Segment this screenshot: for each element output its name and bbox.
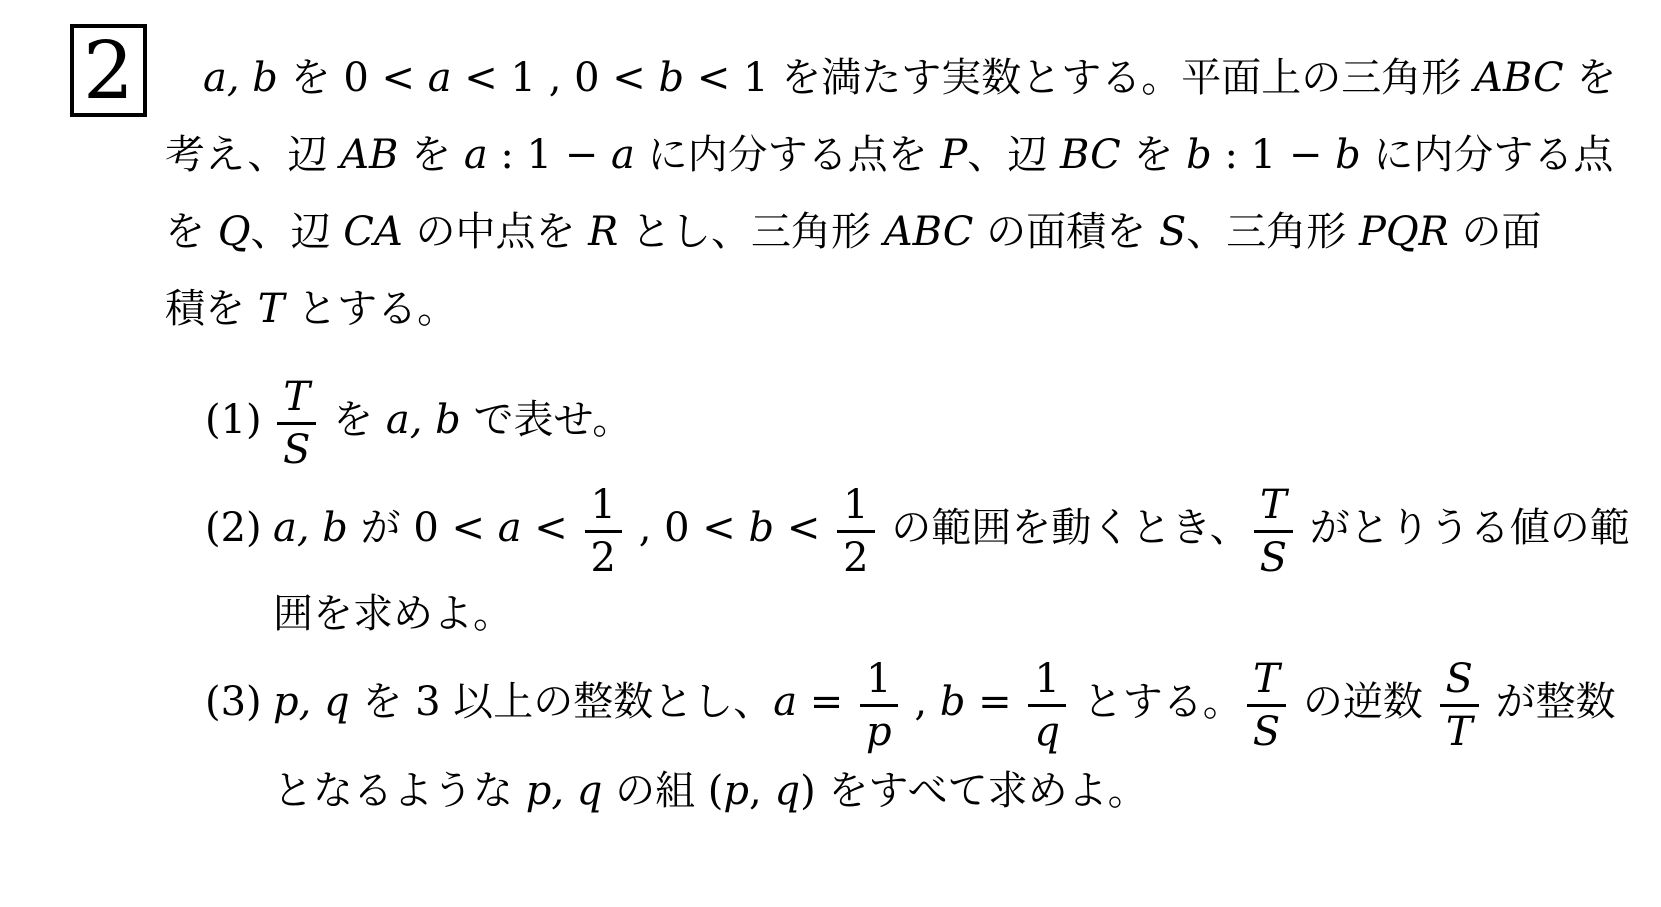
text-run: を: [1121, 132, 1186, 178]
math-problem-page: 2 a, b を 0 < a < 1 , 0 < b < 1 を満たす実数とする…: [0, 0, 1661, 907]
text-run: =: [965, 679, 1024, 725]
math-run: ABC: [1474, 55, 1564, 101]
item-2-content: a, b が 0 < a < 12 , 0 < b < 12 の範囲を動くとき、…: [273, 505, 1630, 551]
fraction-denominator: 2: [837, 530, 874, 579]
problem-item-1: (1)TS を a, b で表せ。: [205, 368, 1535, 472]
problem-number: 2: [83, 31, 134, 111]
math-run: b: [940, 679, 966, 725]
math-run: b: [1186, 132, 1212, 178]
text-run: ) をすべて求めよ。: [800, 768, 1148, 814]
math-run: Q: [218, 209, 251, 255]
fraction: TS: [277, 376, 316, 471]
math-run: a: [464, 132, 488, 178]
fraction: 12: [837, 484, 874, 579]
text-run: とする。: [1070, 679, 1243, 725]
math-run: a: [611, 132, 635, 178]
item-3-label: (3): [205, 644, 273, 760]
item-3-line-2: となるような p, q の組 (p, q) をすべて求めよ。: [205, 760, 1535, 822]
math-run: a, b: [203, 55, 278, 101]
math-run: a, b: [273, 505, 348, 551]
math-run: a, b: [386, 397, 461, 443]
math-run: p, q: [526, 768, 603, 814]
text-run: 、辺: [967, 132, 1060, 178]
math-run: P: [940, 132, 967, 178]
text-run: に内分する点を: [635, 132, 940, 178]
math-run: a: [498, 505, 522, 551]
math-run: AB: [340, 132, 398, 178]
problem-items: (1)TS を a, b で表せ。 (2)a, b が 0 < a < 12 ,…: [205, 368, 1535, 822]
fraction-denominator: q: [1028, 704, 1066, 753]
math-run: S: [1159, 209, 1186, 255]
text-run: , 0 <: [626, 505, 749, 551]
fraction-numerator: 1: [837, 484, 874, 526]
text-run: ,: [749, 768, 774, 814]
text-run: に内分する点: [1361, 132, 1614, 178]
fraction-numerator: 1: [585, 484, 622, 526]
item-3-content: p, q を 3 以上の整数とし、a = 1p , b = 1q とする。TS …: [273, 679, 1616, 725]
text-run: <: [522, 505, 581, 551]
math-run: ABC: [884, 209, 974, 255]
text-run: の面: [1449, 209, 1542, 255]
math-run: b: [659, 55, 685, 101]
fraction-denominator: S: [1254, 530, 1293, 579]
fraction-numerator: 1: [1028, 658, 1066, 700]
text-run: ,: [902, 679, 940, 725]
statement-line-1: a, b を 0 < a < 1 , 0 < b < 1 を満たす実数とする。平…: [165, 40, 1505, 117]
fraction: 1q: [1028, 658, 1066, 753]
item-3-line-1: (3)p, q を 3 以上の整数とし、a = 1p , b = 1q とする。…: [205, 644, 1535, 760]
math-run: b: [749, 505, 775, 551]
text-run: =: [797, 679, 856, 725]
fraction-denominator: p: [860, 704, 898, 753]
fraction-numerator: S: [1440, 658, 1479, 700]
math-run: a: [428, 55, 452, 101]
math-run: a: [773, 679, 797, 725]
fraction-denominator: S: [1247, 704, 1286, 753]
problem-number-box: 2: [70, 24, 147, 117]
text-run: 積を: [165, 286, 258, 332]
math-run: R: [588, 209, 618, 255]
problem-item-3: (3)p, q を 3 以上の整数とし、a = 1p , b = 1q とする。…: [205, 644, 1535, 822]
text-run: : 1 −: [1212, 132, 1335, 178]
text-run: の中点を: [403, 209, 588, 255]
fraction-numerator: T: [1254, 484, 1293, 526]
text-run: : 1 −: [488, 132, 611, 178]
text-run: を: [398, 132, 463, 178]
text-run: の組 (: [602, 768, 723, 814]
problem-item-2: (2)a, b が 0 < a < 12 , 0 < b < 12 の範囲を動く…: [205, 472, 1535, 644]
text-run: が 0 <: [348, 505, 498, 551]
math-run: PQR: [1359, 209, 1449, 255]
statement-line-3: を Q、辺 CA の中点を R とし、三角形 ABC の面積を S、三角形 PQ…: [165, 194, 1505, 271]
text-run: の逆数: [1290, 679, 1435, 725]
math-run: T: [258, 286, 285, 332]
item-1-content: TS を a, b で表せ。: [273, 397, 632, 443]
fraction-denominator: S: [277, 422, 316, 471]
text-run: を: [165, 209, 218, 255]
item-2-line-1: (2)a, b が 0 < a < 12 , 0 < b < 12 の範囲を動く…: [205, 472, 1535, 584]
fraction: ST: [1440, 658, 1479, 753]
text-run: < 1 , 0 <: [452, 55, 659, 101]
item-1-label: (1): [205, 368, 273, 472]
text-run: で表せ。: [461, 397, 633, 443]
fraction-denominator: 2: [585, 530, 622, 579]
math-run: CA: [343, 209, 403, 255]
text-run: とし、三角形: [618, 209, 883, 255]
text-run: 、三角形: [1186, 209, 1359, 255]
fraction: TS: [1247, 658, 1286, 753]
text-run: となるような: [273, 768, 526, 814]
text-run: <: [774, 505, 833, 551]
problem-statement: a, b を 0 < a < 1 , 0 < b < 1 を満たす実数とする。平…: [165, 40, 1505, 348]
text-run: を 3 以上の整数とし、: [350, 679, 774, 725]
fraction-numerator: T: [1247, 658, 1286, 700]
math-run: q: [774, 768, 800, 814]
text-run: < 1 を満たす実数とする。平面上の三角形: [684, 55, 1474, 101]
math-run: b: [1335, 132, 1361, 178]
text-run: の範囲を動くとき、: [879, 505, 1250, 551]
text-run: がとりうる値の範: [1297, 505, 1630, 551]
statement-line-2: 考え、辺 AB を a : 1 − a に内分する点を P、辺 BC を b :…: [165, 117, 1505, 194]
text-run: 、辺: [251, 209, 344, 255]
text-run: 囲を求めよ。: [273, 591, 513, 637]
text-run: 0 <: [343, 55, 427, 101]
text-run: を: [278, 55, 343, 101]
fraction-numerator: T: [277, 376, 316, 418]
text-run: が整数: [1483, 679, 1616, 725]
statement-line-4: 積を T とする。: [165, 271, 1505, 348]
math-run: p: [723, 768, 749, 814]
fraction-numerator: 1: [860, 658, 898, 700]
fraction-denominator: T: [1440, 704, 1479, 753]
math-run: BC: [1060, 132, 1121, 178]
fraction: TS: [1254, 484, 1293, 579]
fraction: 1p: [860, 658, 898, 753]
item-2-line-2: 囲を求めよ。: [205, 584, 1535, 644]
text-run: の面積を: [973, 209, 1158, 255]
fraction: 12: [585, 484, 622, 579]
text-run: を: [320, 397, 385, 443]
text-run: 考え、辺: [165, 132, 340, 178]
text-run: とする。: [284, 286, 457, 332]
math-run: p, q: [273, 679, 350, 725]
item-1-line-1: (1)TS を a, b で表せ。: [205, 368, 1535, 472]
item-2-label: (2): [205, 472, 273, 584]
text-run: を: [1564, 55, 1617, 101]
